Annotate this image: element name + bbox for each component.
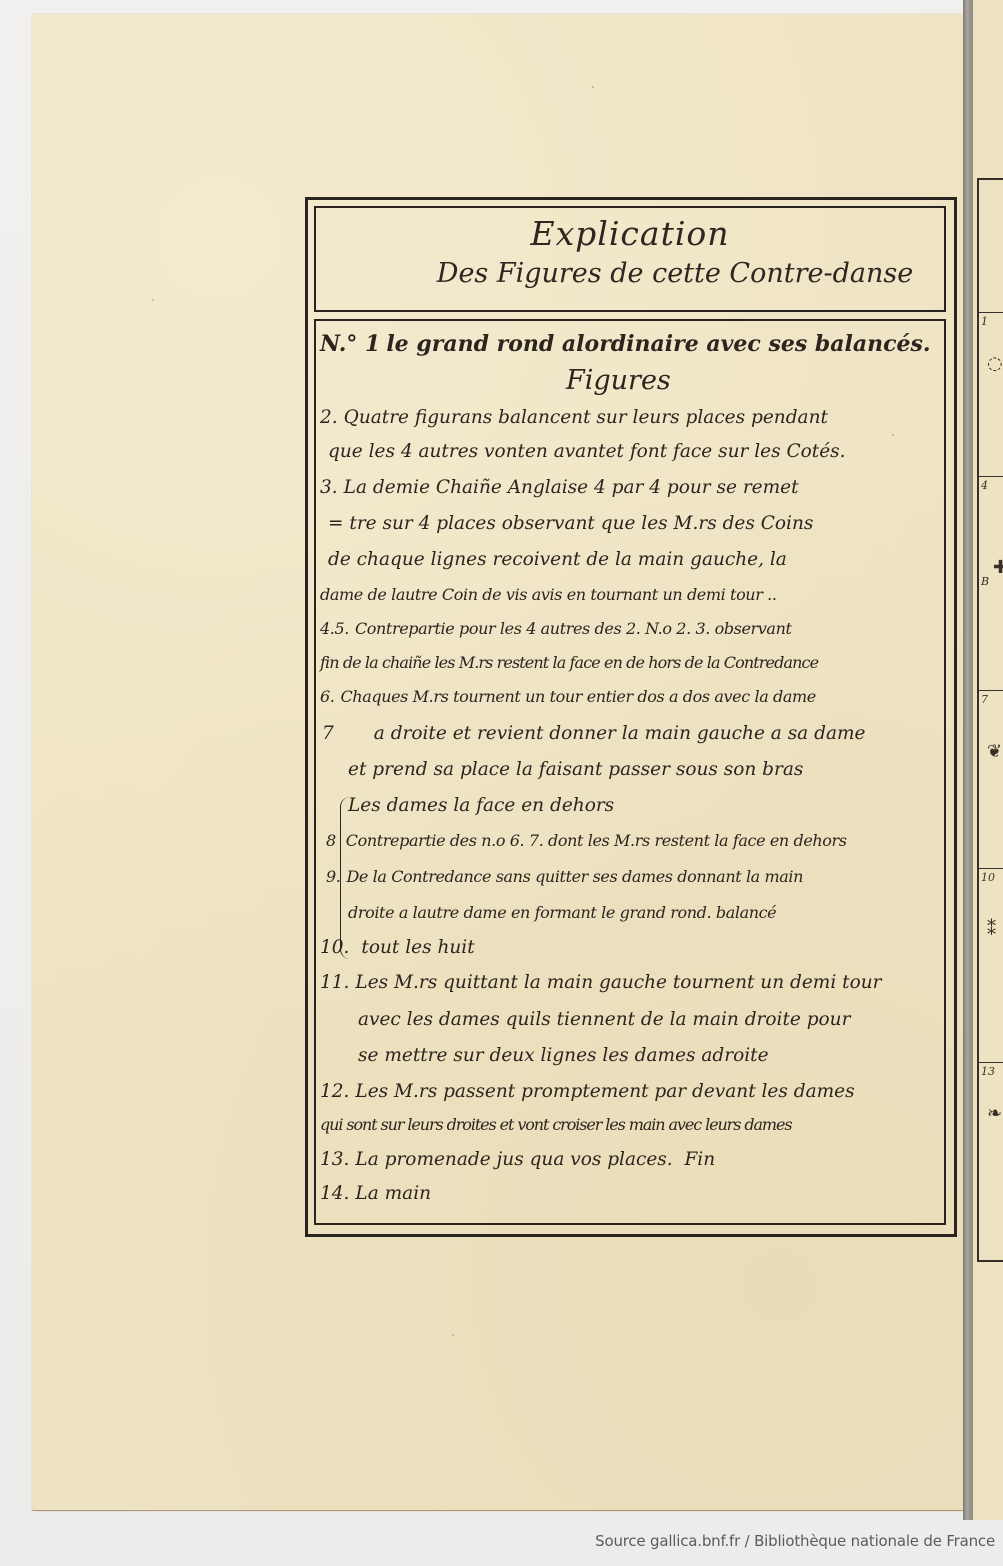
figure-text: de chaque lignes recoivent de la main ga… [328,549,787,570]
facing-cell-number: 10 [981,871,995,884]
figure-text: fin de la chaiñe les M.rs restent la fac… [320,653,818,672]
figure-number: 8 [326,831,336,850]
figure-line: que les 4 autres vonten avantet font fac… [328,441,846,462]
facing-cell-number: 4 [981,479,988,492]
figure-line: 3.La demie Chaiñe Anglaise 4 par 4 pour … [320,477,799,498]
figure-number: 11. [320,972,349,993]
figure-line: qui sont sur leurs droites et vont crois… [320,1115,791,1134]
figure-number: 4.5. [320,619,349,638]
section-heading: Figures [566,365,671,396]
figure-text: La main [355,1183,431,1204]
figure-number: 7 [322,723,334,744]
figure-text: Les dames la face en dehors [348,795,614,816]
figure-line: Les dames la face en dehors [348,795,614,816]
dance-diagram-icon: ⁑ [987,919,996,940]
figure-line: droite a lautre dame en formant le grand… [348,903,776,922]
figure-line: avec les dames quils tiennent de la main… [358,1009,850,1030]
figure-line: 7a droite et revient donner la main gauc… [322,723,865,744]
figure-line: 14.La main [320,1183,431,1204]
figure-text: Chaques M.rs tournent un tour entier dos… [340,687,815,706]
facing-cell-number: 13 [981,1065,995,1078]
figure-text: et prend sa place la faisant passer sous… [348,759,803,780]
figure-number: 14. [320,1183,349,1204]
figure-line: fin de la chaiñe les M.rs restent la fac… [320,653,818,672]
figure-line: 9.De la Contredance sans quitter ses dam… [326,867,803,886]
intro-line: N.° 1le grand rond alordinaire avec ses … [320,331,931,357]
figure-text: tout les huit [361,937,474,958]
facing-cell-number: 1 [981,315,988,328]
figure-number: 10. [320,937,349,958]
figure-line: 13.La promenade jus qua vos places. Fin [320,1149,715,1170]
figure-line: 2.Quatre figurans balancent sur leurs pl… [320,407,828,428]
dance-diagram-icon: ◌ [987,353,1003,374]
figure-text: que les 4 autres vonten avantet font fac… [328,441,846,462]
source-credit: Source gallica.bnf.fr / Bibliothèque nat… [595,1532,995,1550]
facing-cell-number: 7 [981,693,988,706]
facing-cell-label: B [981,575,989,588]
facing-page-frame [977,178,1003,1262]
figure-text: Les M.rs passent promptement par devant … [355,1081,854,1102]
facing-cell: 4 B ✚ [979,476,1003,477]
figure-text: dame de lautre Coin de vis avis en tourn… [320,585,777,604]
document-subtitle: Des Figures de cette Contre-danse [406,258,944,289]
figure-number: 3. [320,477,338,498]
intro-number: N.° 1 [320,331,380,357]
figure-line: 6.Chaques M.rs tournent un tour entier d… [320,687,816,706]
figure-text: Quatre figurans balancent sur leurs plac… [344,407,828,428]
figure-line: = tre sur 4 places observant que les M.r… [328,513,813,534]
dance-symbol-icon: ✚ [993,557,1003,578]
figure-line: de chaque lignes recoivent de la main ga… [328,549,787,570]
figure-number: 13. [320,1149,349,1170]
figure-line: 11.Les M.rs quittant la main gauche tour… [320,972,881,993]
explanation-body: N.° 1le grand rond alordinaire avec ses … [314,319,946,1225]
title-cartouche: Explication Des Figures de cette Contre-… [314,206,946,312]
figure-text: a droite et revient donner la main gauch… [374,723,866,744]
figure-text: se mettre sur deux lignes les dames adro… [358,1045,769,1066]
facing-cell: 13 ❧ [979,1062,1003,1063]
figure-text: Contrepartie des n.o 6. 7. dont les M.rs… [346,831,847,850]
document-title: Explication [316,214,944,253]
figure-line: et prend sa place la faisant passer sous… [348,759,803,780]
figure-line: se mettre sur deux lignes les dames adro… [358,1045,769,1066]
intro-text: le grand rond alordinaire avec ses balan… [386,331,930,357]
figure-text: De la Contredance sans quitter ses dames… [346,867,803,886]
figure-text: La demie Chaiñe Anglaise 4 par 4 pour se… [344,477,799,498]
figure-text: qui sont sur leurs droites et vont crois… [320,1115,791,1134]
dance-diagram-icon: ❧ [987,1103,1002,1124]
figure-text: Les M.rs quittant la main gauche tournen… [355,972,881,993]
facing-page: 1 ◌ 4 B ✚ 7 ❦ 10 ⁑ 13 ❧ [973,0,1003,1520]
figure-line: 10.tout les huit [320,937,475,958]
figure-text: La promenade jus qua vos places. Fin [355,1149,715,1170]
figure-number: 9. [326,867,340,886]
figure-line: 4.5.Contrepartie pour les 4 autres des 2… [320,619,792,638]
book-gutter [963,0,973,1520]
facing-cell: 7 ❦ [979,690,1003,691]
figure-number: 12. [320,1081,349,1102]
figure-number: 6. [320,687,334,706]
dance-diagram-icon: ❦ [987,741,1002,762]
figure-text: = tre sur 4 places observant que les M.r… [328,513,813,534]
figure-text: droite a lautre dame en formant le grand… [348,903,776,922]
figure-number: 2. [320,407,338,428]
figure-text: Contrepartie pour les 4 autres des 2. N.… [355,619,792,638]
facing-cell: 10 ⁑ [979,868,1003,869]
figure-line: dame de lautre Coin de vis avis en tourn… [320,585,777,604]
figure-text: avec les dames quils tiennent de la main… [358,1009,850,1030]
figure-line: 8Contrepartie des n.o 6. 7. dont les M.r… [326,831,847,850]
figure-line: 12.Les M.rs passent promptement par deva… [320,1081,855,1102]
facing-cell: 1 ◌ [979,312,1003,313]
